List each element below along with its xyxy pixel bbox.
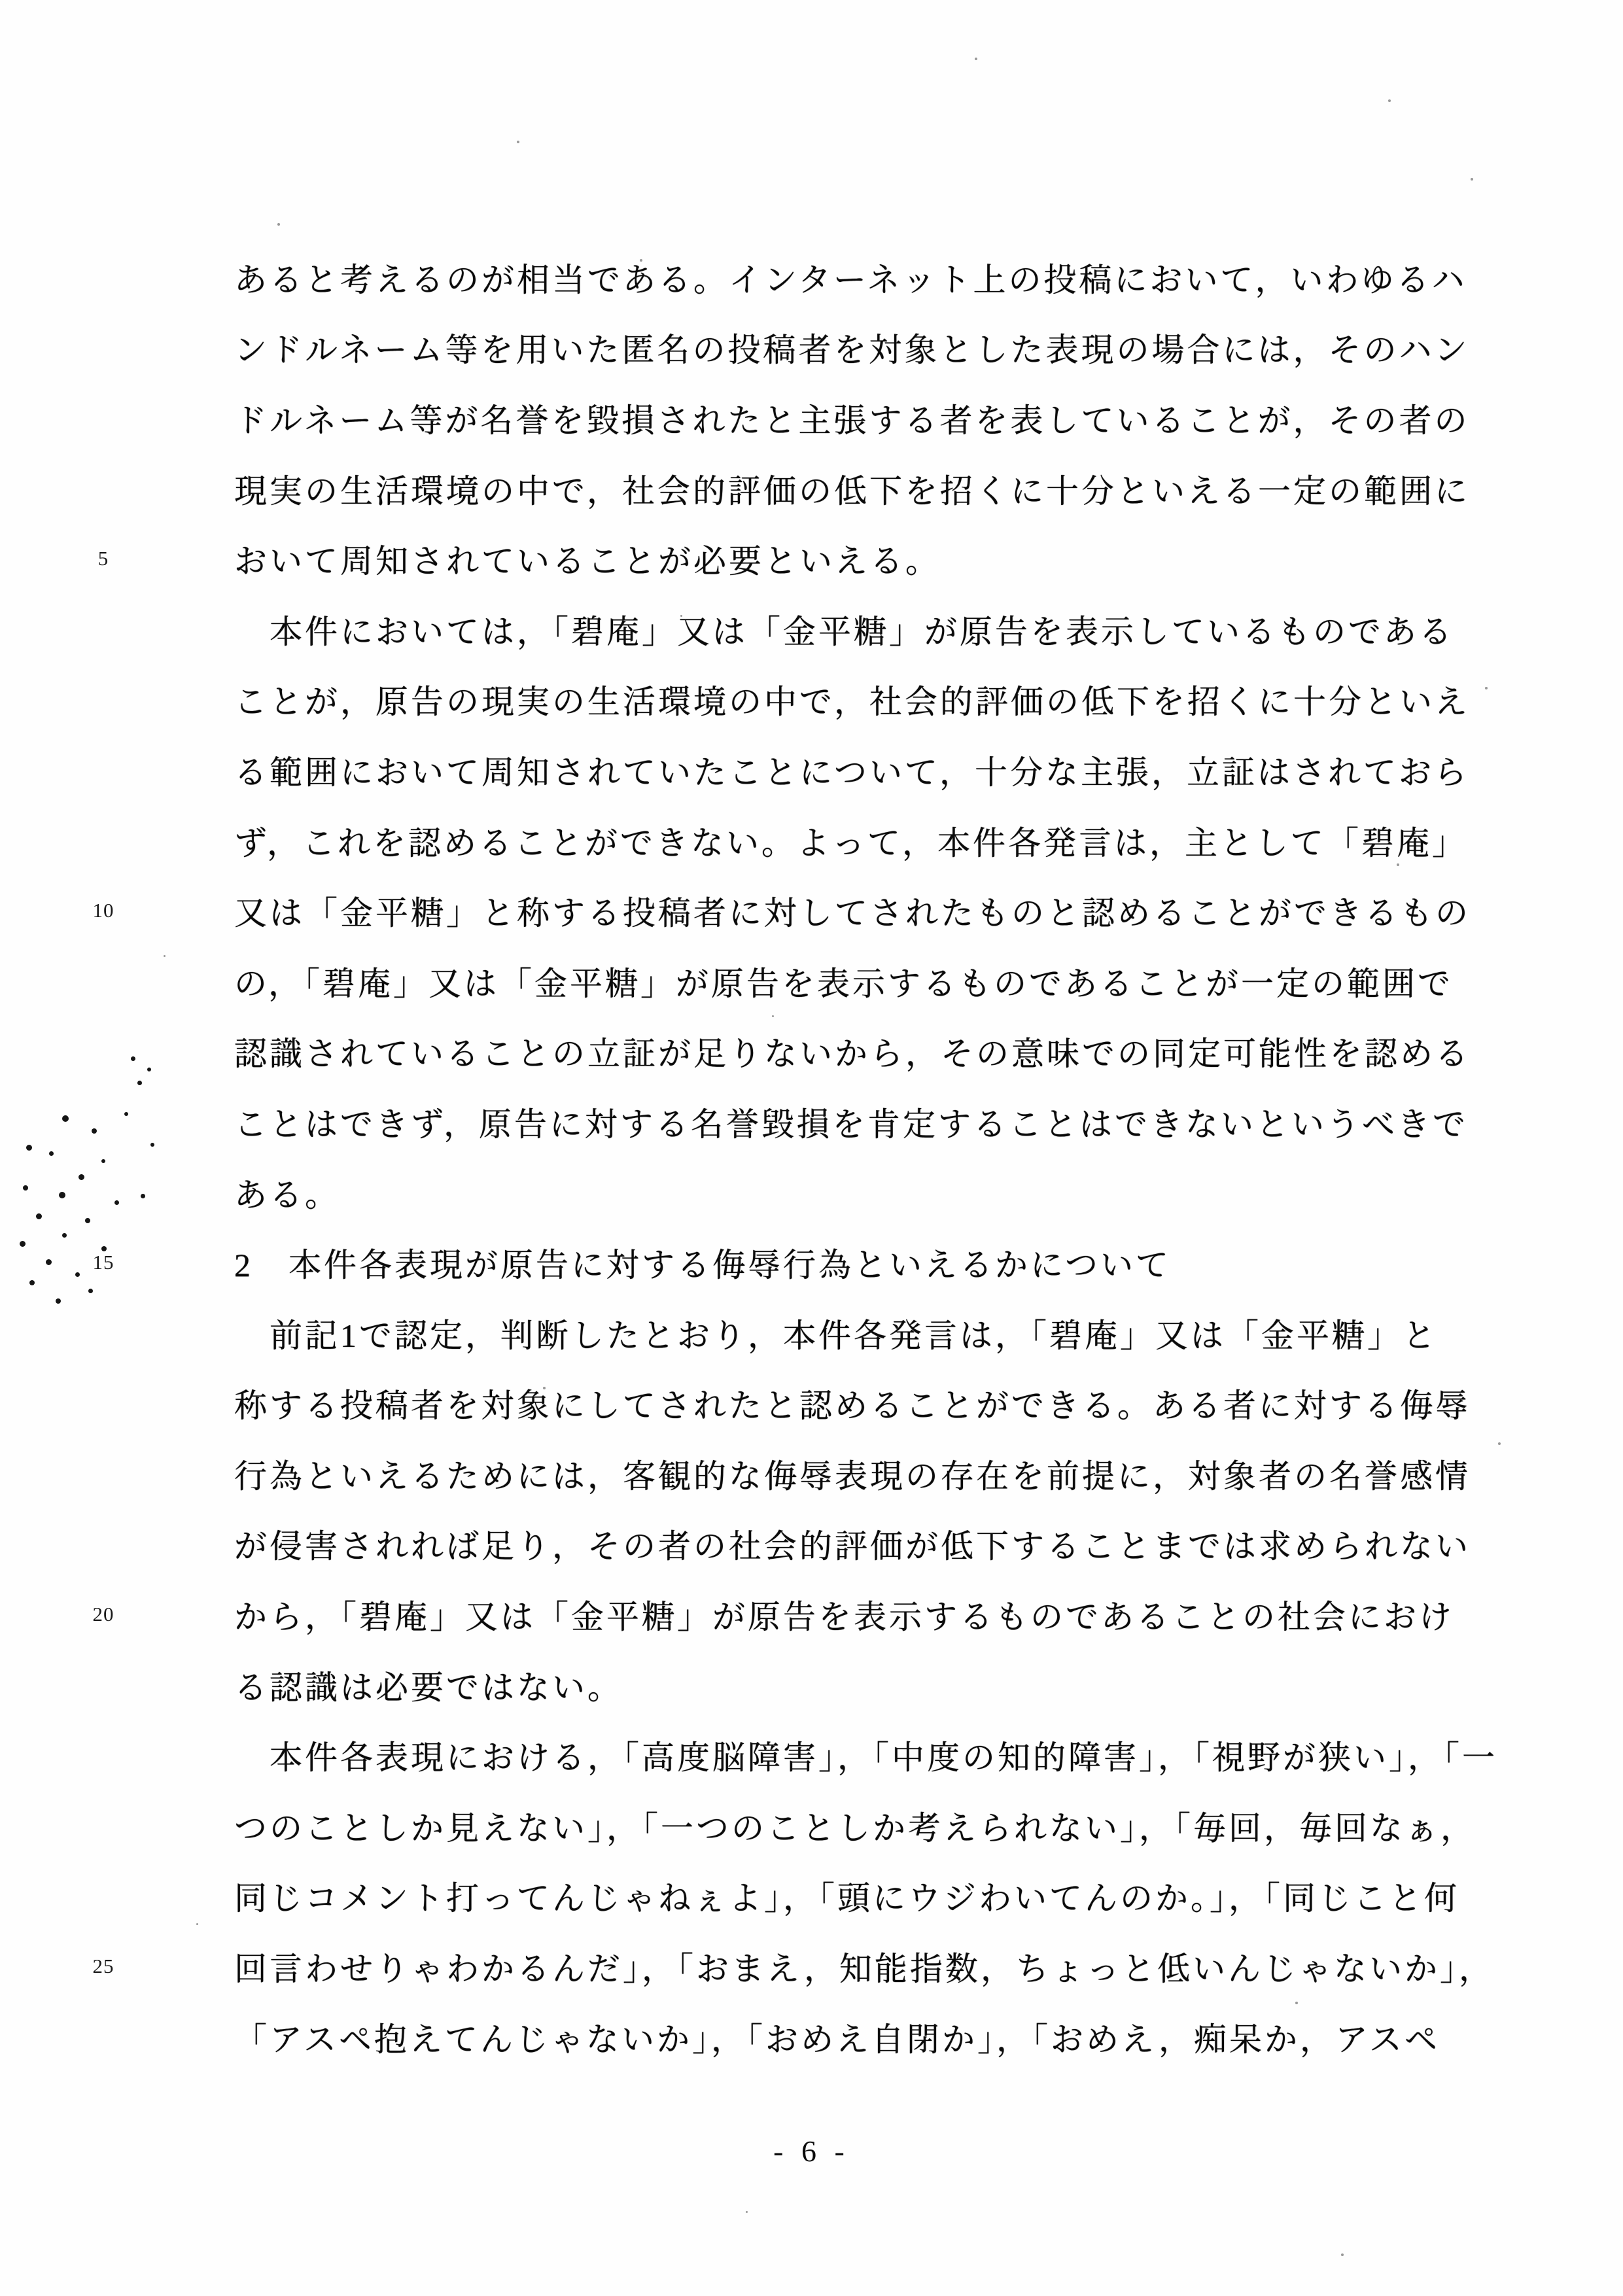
text-line: 行為といえるためには，客観的な侮辱表現の存在を前提に，対象者の名誉感情 <box>234 1438 1520 1509</box>
ink-speck <box>85 1218 90 1223</box>
margin-line-number: 20 <box>77 1579 130 1650</box>
scan-noise-dot <box>366 1629 368 1631</box>
text-line: ことはできず，原告に対する名誉毀損を肯定することはできないというべきで <box>234 1087 1520 1157</box>
text-line: 前記1で認定，判断したとおり，本件各発言は，「碧庵」又は「金平糖」と <box>234 1298 1520 1368</box>
scan-noise-dot <box>1397 863 1399 866</box>
ink-speck <box>114 1200 119 1205</box>
scan-noise-dot <box>1485 687 1488 689</box>
ink-speck <box>36 1213 42 1219</box>
scan-noise-dot <box>164 955 166 957</box>
ink-speck <box>147 1068 151 1071</box>
text-line: 回言わせりゃわかるんだ」，「おまえ，知能指数，ちょっと低いんじゃないか」， <box>234 1931 1520 2002</box>
text-body: あると考えるのが相当である。インターネット上の投稿において，いわゆるハンドルネー… <box>234 242 1520 2072</box>
text-line: ず，これを認めることができない。よって，本件各発言は，主として「碧庵」 <box>234 805 1520 876</box>
scan-noise-dot <box>277 223 280 226</box>
scan-noise-dot <box>975 58 977 60</box>
ink-speck <box>101 1159 105 1163</box>
text-line: あると考えるのが相当である。インターネット上の投稿において，いわゆるハ <box>234 242 1520 313</box>
text-line: 本件各表現における，「高度脳障害」，「中度の知的障害」，「視野が狭い」，「一 <box>234 1720 1520 1790</box>
ink-speck <box>101 1246 107 1251</box>
ink-speck <box>23 1185 28 1191</box>
ink-speck <box>88 1289 93 1293</box>
ink-speck <box>141 1194 145 1198</box>
ink-speck <box>20 1241 26 1247</box>
scan-noise-dot <box>1388 99 1391 102</box>
margin-line-number: 10 <box>77 875 130 946</box>
text-line: 同じコメント打ってんじゃねぇよ」，「頭にウジわいてんのか。」，「同じこと何 <box>234 1861 1520 1932</box>
ink-speck <box>79 1174 84 1180</box>
text-line: 認識されていることの立証が足りないから，その意味での同定可能性を認める <box>234 1017 1520 1087</box>
scan-noise-dot <box>517 141 519 143</box>
scan-noise-dot <box>772 1015 774 1017</box>
scan-noise-dot <box>680 615 682 617</box>
text-line: おいて周知されていることが必要といえる。 <box>234 523 1520 594</box>
text-line: 「アスペ抱えてんじゃないか」，「おめえ自閉か」，「おめえ，痴呆か，アスペ <box>234 2002 1520 2072</box>
text-line: ドルネーム等が名誉を毀損されたと主張する者を表していることが，その者の <box>234 383 1520 453</box>
scan-noise-dot <box>1341 2253 1344 2256</box>
scan-noise-dot <box>1471 178 1473 181</box>
text-line: 又は「金平糖」と称する投稿者に対してされたものと認めることができるもの <box>234 875 1520 946</box>
scan-noise-dot <box>196 1923 198 1925</box>
text-line: 本件においては，「碧庵」又は「金平糖」が原告を表示しているものである <box>234 594 1520 665</box>
ink-speck <box>26 1145 32 1151</box>
text-line: 2 本件各表現が原告に対する侮辱行為といえるかについて <box>234 1227 1520 1298</box>
page-number: - 6 - <box>0 2134 1623 2168</box>
scan-noise-dot <box>543 1387 546 1389</box>
text-line: が侵害されれば足り，その者の社会的評価が低下することまでは求められない <box>234 1509 1520 1580</box>
scanned-court-document-page: あると考えるのが相当である。インターネット上の投稿において，いわゆるハンドルネー… <box>0 0 1623 2296</box>
scan-noise-dot <box>419 772 421 774</box>
ink-speck <box>62 1115 69 1122</box>
text-line: ある。 <box>234 1157 1520 1228</box>
scan-noise-dot <box>1295 2002 1298 2004</box>
margin-line-number: 25 <box>77 1931 130 2002</box>
ink-speck <box>75 1272 80 1277</box>
text-line: から，「碧庵」又は「金平糖」が原告を表示するものであることの社会におけ <box>234 1579 1520 1650</box>
ink-speck <box>131 1056 135 1061</box>
ink-speck <box>150 1143 154 1147</box>
ink-speck <box>62 1233 67 1238</box>
margin-line-number: 5 <box>77 523 130 594</box>
ink-speck <box>92 1128 97 1134</box>
ink-speck <box>59 1192 65 1198</box>
scan-noise-dot <box>1086 1766 1089 1769</box>
ink-speck <box>137 1081 142 1085</box>
margin-line-number: 15 <box>77 1227 130 1298</box>
text-line: ことが，原告の現実の生活環境の中で，社会的評価の低下を招くに十分といえ <box>234 665 1520 735</box>
text-line: の，「碧庵」又は「金平糖」が原告を表示するものであることが一定の範囲で <box>234 946 1520 1017</box>
scan-noise-dot <box>640 259 642 262</box>
scan-noise-dot <box>1498 1442 1501 1445</box>
text-line: る認識は必要ではない。 <box>234 1650 1520 1720</box>
ink-speck <box>49 1151 54 1156</box>
text-line: 現実の生活環境の中で，社会的評価の低下を招くに十分といえる一定の範囲に <box>234 453 1520 524</box>
ink-speck <box>46 1259 52 1265</box>
text-line: ンドルネーム等を用いた匿名の投稿者を対象とした表現の場合には，そのハン <box>234 313 1520 383</box>
text-line: つのことしか見えない」，「一つのことしか考えられない」，「毎回，毎回なぁ， <box>234 1790 1520 1861</box>
ink-speck <box>124 1112 128 1116</box>
ink-speck <box>29 1280 35 1285</box>
text-line: る範囲において周知されていたことについて，十分な主張，立証はされておら <box>234 735 1520 805</box>
text-line: 称する投稿者を対象にしてされたと認めることができる。ある者に対する侮辱 <box>234 1368 1520 1439</box>
scan-noise-dot <box>746 2211 748 2213</box>
ink-speck <box>56 1298 61 1304</box>
